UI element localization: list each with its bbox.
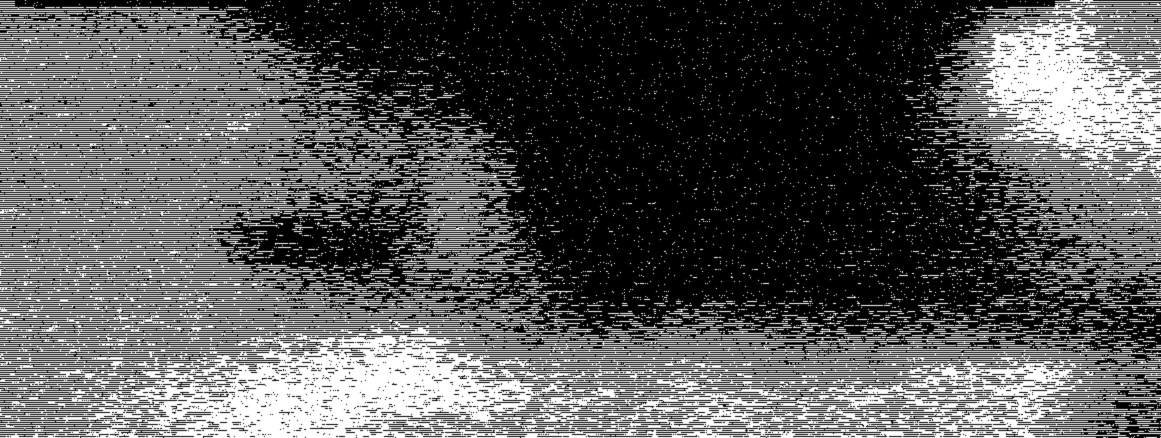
dithered-photo: Black-and-white halftone bitmap: horizon… bbox=[0, 0, 1161, 438]
screenshot-root: Black-and-white halftone bitmap: horizon… bbox=[0, 0, 1161, 438]
dithered-photo-canvas bbox=[0, 0, 1161, 438]
